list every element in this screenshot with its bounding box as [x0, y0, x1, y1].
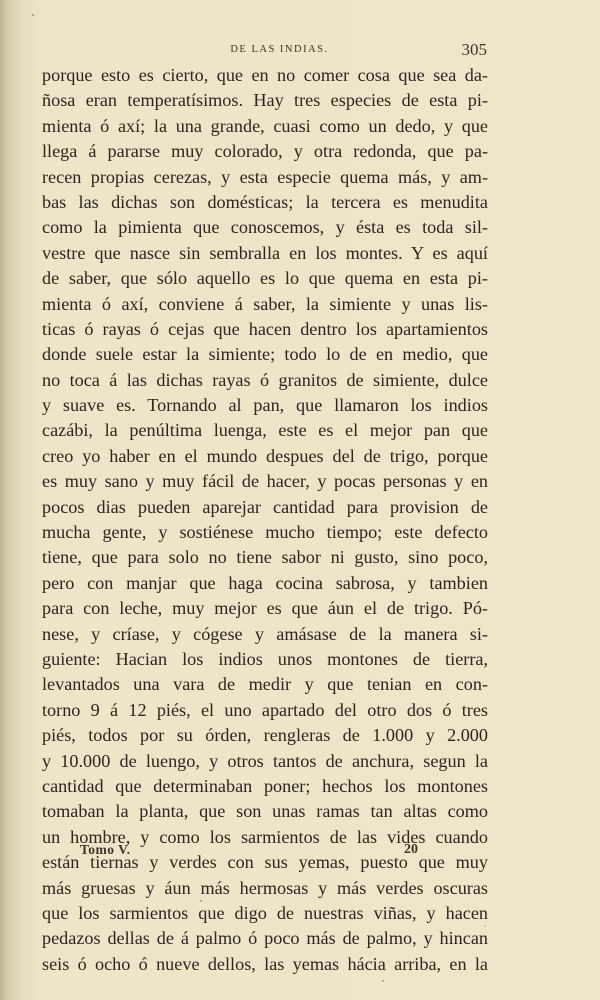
text-line: pedazos dellas de á palmo ó poco más de …: [42, 926, 488, 951]
text-line: levantados una vara de medir y que tenia…: [42, 672, 488, 697]
text-line: vestre que nasce sin sembralla en los mo…: [42, 241, 488, 266]
text-line: llega á pararse muy colorado, y otra red…: [42, 139, 488, 164]
book-page: DE LAS INDIAS. 305 porque esto es cierto…: [0, 0, 600, 1000]
text-line: ticas ó rayas ó cejas que hacen dentro l…: [42, 317, 488, 342]
body-text: porque esto es cierto, que en no comer c…: [42, 63, 488, 977]
text-line: como la pimienta que conoscemos, y ésta …: [42, 215, 488, 240]
text-line: mucha gente, y sostiénese mucho tiempo; …: [42, 520, 488, 545]
text-line: y suave es. Tornando al pan, que llamaro…: [42, 393, 488, 418]
text-line: y 10.000 de luengo, y otros tantos de an…: [42, 749, 488, 774]
text-line: tomaban la planta, que son unas ramas ta…: [42, 799, 488, 824]
text-line: tiene, que para solo no tiene sabor ni g…: [42, 545, 488, 570]
text-line: de saber, que sólo aquello es lo que que…: [42, 266, 488, 291]
running-title: DE LAS INDIAS.: [42, 44, 487, 55]
text-line: es muy sano y muy fácil de hacer, y poca…: [42, 469, 488, 494]
text-line: torno 9 á 12 piés, el uno apartado del o…: [42, 698, 488, 723]
text-line: guiente: Hacian los indios unos montones…: [42, 647, 488, 672]
text-line: pocos dias pueden aparejar cantidad para…: [42, 495, 488, 520]
paper-speck: [32, 14, 34, 16]
text-line: piés, todos por su órden, rengleras de 1…: [42, 723, 488, 748]
paper-speck: [145, 958, 147, 960]
paper-speck: [382, 980, 384, 982]
paper-speck: [200, 900, 202, 902]
text-line: pero con manjar que haga cocina sabrosa,…: [42, 571, 488, 596]
text-line: para con leche, muy mejor es que áun el …: [42, 596, 488, 621]
text-line: que los sarmientos que digo de nuestras …: [42, 901, 488, 926]
text-line: cazábi, la penúltima luenga, este es el …: [42, 418, 488, 443]
text-line: seis ó ocho ó nueve dellos, las yemas há…: [42, 952, 488, 977]
text-line: más gruesas y áun más hermosas y más ver…: [42, 876, 488, 901]
text-line: recen propias cerezas, y esta especie qu…: [42, 165, 488, 190]
signature-mark: 20: [404, 842, 418, 858]
page-number: 305: [462, 40, 488, 60]
text-line: bas las dichas son domésticas; la tercer…: [42, 190, 488, 215]
text-line: mienta ó axí; la una grande, cuasi como …: [42, 114, 488, 139]
text-line: creo yo haber en el mundo despues del de…: [42, 444, 488, 469]
text-line: ñosa eran temperatísimos. Hay tres espec…: [42, 88, 488, 113]
text-line: donde suele estar la simiente; todo lo d…: [42, 342, 488, 367]
text-line: no toca á las dichas rayas ó granitos de…: [42, 368, 488, 393]
paper-speck: [484, 925, 486, 927]
text-line: cantidad que determinaban poner; hechos …: [42, 774, 488, 799]
volume-label: Tomo V.: [80, 842, 131, 858]
text-line: nese, y críase, y cógese y amásase de la…: [42, 622, 488, 647]
text-line: mienta ó axí, conviene á saber, la simie…: [42, 292, 488, 317]
page-footer: Tomo V. 20: [42, 842, 488, 864]
text-line: porque esto es cierto, que en no comer c…: [42, 63, 488, 88]
running-header: DE LAS INDIAS. 305: [42, 40, 487, 60]
